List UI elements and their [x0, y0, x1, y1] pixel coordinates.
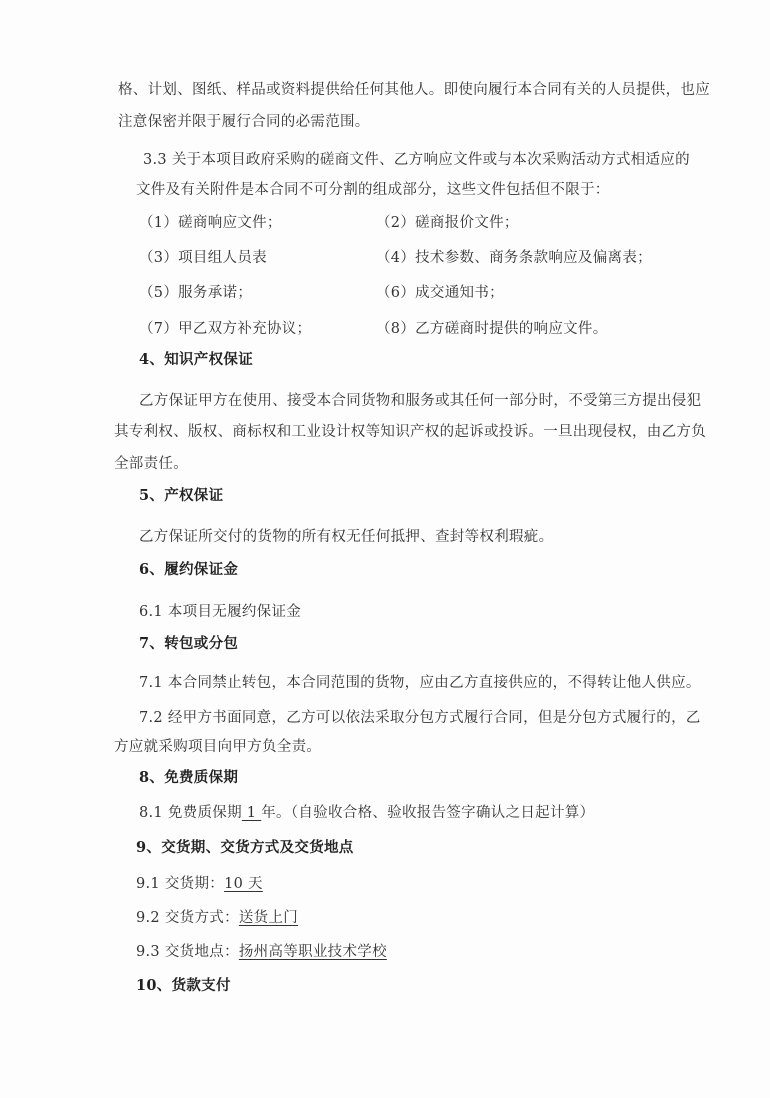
clause-7-2-line-2: 方应就采购项目向甲方负全责。 — [114, 735, 321, 756]
section-5-heading: 5、产权保证 — [139, 484, 223, 505]
confidentiality-line-1: 格、计划、图纸、样品或资料提供给任何其他人。即使向履行本合同有关的人员提供，也应 — [118, 78, 710, 99]
delivery-period-label: 9.1 交货期： — [136, 876, 224, 892]
list-item-6: （6）成交通知书； — [376, 281, 504, 302]
list-item-7: （7）甲乙双方补充协议； — [139, 317, 311, 338]
list-item-4: （4）技术参数、商务条款响应及偏离表； — [376, 246, 652, 267]
section-10-heading: 10、货款支付 — [136, 974, 231, 995]
clause-8-1: 8.1 免费质保期 1 年。（自验收合格、验收报告签字确认之日起计算） — [139, 801, 594, 822]
section-8-heading: 8、免费质保期 — [139, 766, 238, 787]
list-item-5: （5）服务承诺； — [139, 281, 252, 302]
clause-8-1-suffix: 年。（自验收合格、验收报告签字确认之日起计算） — [261, 805, 594, 821]
delivery-location-value: 扬州高等职业技术学校 — [239, 944, 387, 960]
delivery-location-label: 9.3 交货地点： — [136, 944, 239, 960]
section-4-heading: 4、知识产权保证 — [139, 348, 253, 369]
delivery-period-value: 10 天 — [224, 876, 263, 892]
clause-3-3-line-2: 文件及有关附件是本合同不可分割的组成部分，这些文件包括但不限于： — [136, 178, 610, 199]
list-item-3: （3）项目组人员表 — [139, 246, 267, 267]
section-9-heading: 9、交货期、交货方式及交货地点 — [136, 836, 354, 857]
confidentiality-line-2: 注意保密并限于履行合同的必需范围。 — [118, 110, 370, 131]
delivery-method-label: 9.2 交货方式： — [136, 910, 239, 926]
section-6-heading: 6、履约保证金 — [139, 558, 238, 579]
warranty-years-value: 1 — [242, 805, 261, 821]
list-item-8: （8）乙方磋商时提供的响应文件。 — [376, 317, 608, 338]
section-4-line-1: 乙方保证甲方在使用、接受本合同货物和服务或其任何一部分时，不受第三方提出侵犯 — [139, 389, 701, 410]
clause-3-3-line-1: 3.3 关于本项目政府采购的磋商文件、乙方响应文件或与本次采购活动方式相适应的 — [143, 148, 690, 169]
clause-6-1: 6.1 本项目无履约保证金 — [139, 600, 301, 621]
clause-9-2: 9.2 交货方式：送货上门 — [136, 906, 298, 927]
clause-8-1-prefix: 8.1 免费质保期 — [139, 805, 242, 821]
contract-page: 格、计划、图纸、样品或资料提供给任何其他人。即使向履行本合同有关的人员提供，也应… — [0, 0, 770, 1098]
list-item-2: （2）磋商报价文件； — [376, 211, 519, 232]
list-item-1: （1）磋商响应文件； — [139, 211, 282, 232]
clause-9-3: 9.3 交货地点：扬州高等职业技术学校 — [136, 940, 387, 961]
section-4-line-3: 全部责任。 — [114, 452, 188, 473]
clause-7-2-line-1: 7.2 经甲方书面同意，乙方可以依法采取分包方式履行合同，但是分包方式履行的，乙 — [139, 706, 701, 727]
delivery-method-value: 送货上门 — [239, 910, 298, 926]
clause-7-1: 7.1 本合同禁止转包，本合同范围的货物，应由乙方直接供应的，不得转让他人供应。 — [139, 671, 701, 692]
section-5-text: 乙方保证所交付的货物的所有权无任何抵押、查封等权利瑕疵。 — [139, 525, 553, 546]
section-4-line-2: 其专利权、版权、商标权和工业设计权等知识产权的起诉或投诉。一旦出现侵权，由乙方负 — [114, 420, 706, 441]
clause-9-1: 9.1 交货期：10 天 — [136, 872, 263, 893]
section-7-heading: 7、转包或分包 — [139, 632, 238, 653]
